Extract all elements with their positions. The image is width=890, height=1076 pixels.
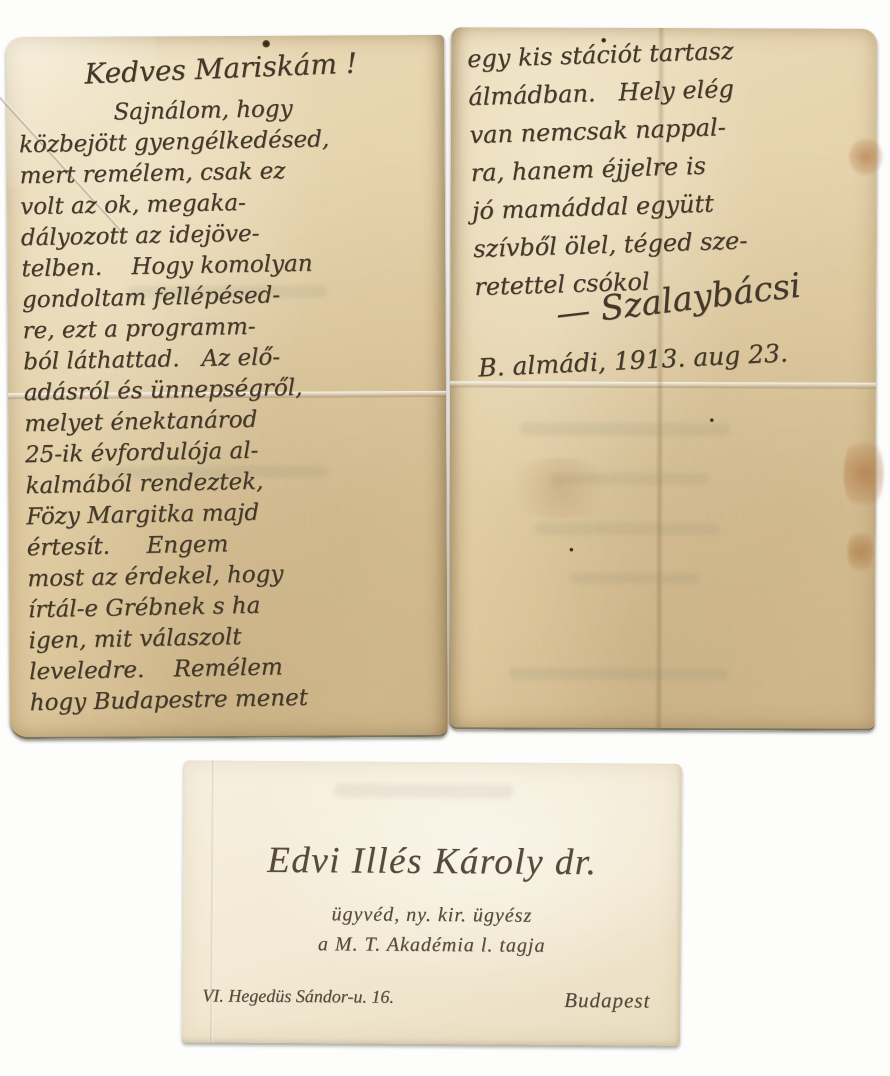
print-bleed-ghost <box>550 473 710 486</box>
card-address: VI. Hegedüs Sándor-u. 16. <box>202 985 394 1007</box>
card-name: Edvi Illés Károly dr. <box>183 838 681 884</box>
handwriting-line: mert remélem, csak ez <box>19 155 330 192</box>
stain <box>849 137 883 177</box>
letter-dateline: B. almádi, 1913. aug 23. <box>478 338 789 382</box>
handwriting-line: telben. Hogy komolyan <box>21 248 332 285</box>
stain <box>844 434 884 514</box>
print-bleed-ghost <box>509 667 729 680</box>
print-bleed-ghost <box>569 573 699 584</box>
print-bleed-ghost <box>520 423 730 437</box>
card-title-line2: a M. T. Akadémia l. tagja <box>183 932 681 958</box>
ink-speck <box>262 40 270 48</box>
stain <box>847 529 873 575</box>
card-title-line1: ügyvéd, ny. kir. ügyész <box>183 902 681 928</box>
ink-speck <box>569 548 573 552</box>
print-bleed-ghost <box>534 523 719 536</box>
ink-speck <box>710 418 714 422</box>
visiting-card: Edvi Illés Károly dr. ügyvéd, ny. kir. ü… <box>182 760 682 1045</box>
card-bleed-ghost <box>334 783 514 798</box>
handwriting-line: hogy Budapestre menet <box>29 682 340 719</box>
scanned-document: Kedves Mariskám ! Sajnálom, hogyközbejöt… <box>0 0 890 1076</box>
letter-right-body: egy kis stációt tartaszálmádban. Hely el… <box>467 32 749 306</box>
letter-right-page: egy kis stációt tartaszálmádban. Hely el… <box>449 27 877 730</box>
card-city: Budapest <box>564 988 650 1014</box>
stain <box>500 457 620 517</box>
letter-left-body: Sajnálom, hogyközbejött gyengélkedésed,m… <box>18 93 340 719</box>
letter-left-page: Kedves Mariskám ! Sajnálom, hogyközbejöt… <box>6 35 448 739</box>
handwriting-line: adásról és ünnepségről, <box>24 372 335 409</box>
